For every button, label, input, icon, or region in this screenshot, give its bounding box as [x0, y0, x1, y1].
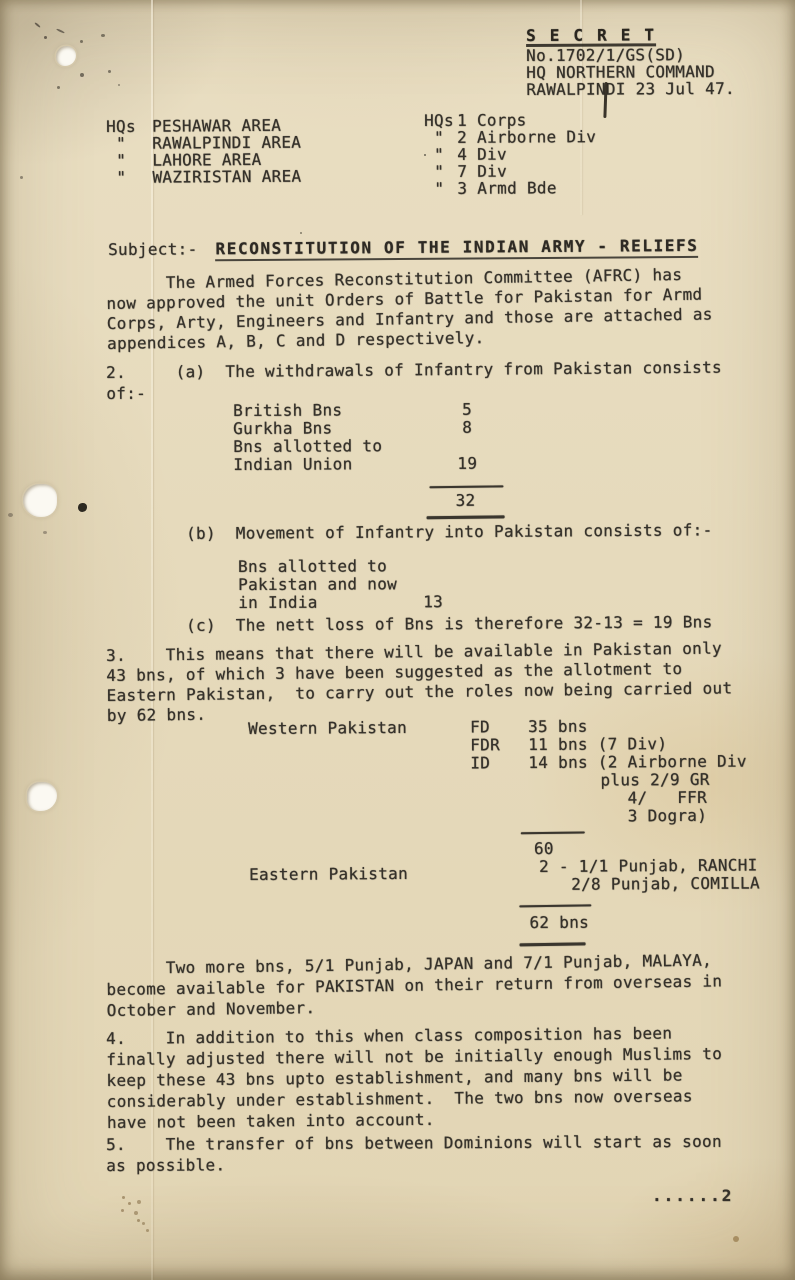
paragraph-2a-heading: 2. (a) The withdrawals of Infantry from …: [106, 357, 722, 404]
punch-hole: [27, 782, 57, 811]
stain-speck: [122, 1196, 125, 1199]
paragraph-overseas: Two more bns, 5/1 Punjab, JAPAN and 7/1 …: [106, 949, 723, 1021]
ink-speck: [80, 40, 83, 43]
force-value: 11 bns (7 Div): [528, 735, 667, 754]
eastern-pakistan-label: Eastern Pakistan: [249, 865, 408, 884]
ditto-mark: ": [424, 129, 457, 146]
scanned-document-page: S E C R E T No.1702/1/GS(SD) HQ NORTHERN…: [0, 0, 795, 1280]
forces-subtotal: 60: [534, 840, 554, 858]
ink-speck: [8, 513, 13, 517]
ink-speck: [108, 70, 111, 73]
force-code: FDR: [470, 736, 500, 754]
classification-marking: S E C R E T: [526, 26, 656, 47]
movement-table: Bns allotted to Pakistan and now in Indi…: [238, 557, 397, 612]
page-number: ......2: [652, 1186, 733, 1205]
addressee-name: WAZIRISTAN AREA: [152, 167, 301, 187]
ink-speck: [80, 73, 84, 77]
row-label: Bns allotted to Pakistan and now in Indi…: [238, 556, 397, 612]
withdrawals-table: British Bns5 Gurkha Bns8 Bns allotted to…: [233, 400, 524, 527]
force-note: 4/ FFR: [627, 789, 707, 808]
hq-prefix: HQs: [106, 118, 152, 135]
addressee-row: "2 Airborne Div: [424, 128, 596, 146]
stain-speck: [121, 1209, 124, 1212]
paragraph-2b-heading: (b) Movement of Infantry into Pakistan c…: [186, 520, 713, 544]
addressee-row: "7 Div: [424, 162, 596, 180]
table-row: Gurkha Bns8: [233, 418, 523, 438]
forces-table: Western Pakistan FD35 bns FDR11 bns (7 D…: [248, 716, 770, 960]
addressee-row: "3 Armd Bde: [424, 179, 596, 197]
stain-speck: [142, 1222, 145, 1225]
table-row: British Bns5: [233, 400, 523, 420]
eastern-entry: 2/8 Punjab, COMILLA: [571, 874, 760, 893]
row-value: 19: [445, 455, 489, 473]
addressee-row: "4 Div: [424, 145, 596, 163]
place-and-date: RAWALPINDI 23 Jul 47.: [526, 80, 735, 98]
ink-speck: [34, 22, 41, 28]
ink-blot: [78, 503, 87, 512]
ditto-mark: ": [106, 135, 152, 152]
force-code: FD: [470, 718, 490, 736]
stain-speck: [137, 1219, 140, 1222]
ink-speck: [101, 34, 105, 37]
ditto-mark: ": [424, 180, 457, 197]
ink-speck: [20, 176, 23, 179]
table-rule: [427, 515, 505, 519]
row-value: 13: [423, 593, 443, 611]
row-label: Indian Union: [233, 454, 352, 474]
table-rule: [429, 485, 503, 488]
ink-speck: [57, 86, 60, 89]
subject-line: Subject:-RECONSTITUTION OF THE INDIAN AR…: [108, 236, 699, 259]
ditto-mark: ": [106, 152, 152, 169]
ink-speck: [43, 531, 47, 534]
force-note: 3 Dogra): [628, 807, 708, 826]
stain-speck: [134, 1211, 138, 1215]
ink-speck: [118, 84, 120, 86]
force-value: 35 bns: [528, 718, 588, 736]
ditto-mark: ": [106, 169, 152, 186]
force-code: ID: [470, 754, 490, 772]
paragraph-4: 4. In addition to this when class compos…: [106, 1022, 723, 1133]
paragraph-2c: (c) The nett loss of Bns is therefore 32…: [186, 612, 713, 636]
row-label: Bns allotted to: [233, 436, 382, 456]
document-header: S E C R E T No.1702/1/GS(SD) HQ NORTHERN…: [526, 26, 735, 98]
ink-speck: [300, 232, 302, 234]
punch-hole: [23, 484, 57, 517]
forces-total: 62 bns: [529, 914, 589, 932]
row-value: 8: [445, 419, 489, 437]
ditto-mark: ": [424, 146, 457, 163]
stain-speck: [128, 1202, 131, 1205]
addressee-row: "WAZIRISTAN AREA: [106, 168, 301, 186]
table-rule: [520, 942, 586, 946]
subject-label: Subject:-: [108, 239, 198, 259]
distribution-list-right: HQs1 Corps "2 Airborne Div "4 Div "7 Div…: [424, 111, 597, 197]
table-rule: [519, 904, 591, 907]
punch-hole: [56, 46, 76, 66]
row-value: 5: [445, 401, 489, 419]
force-note: plus 2/9 GR: [600, 771, 709, 790]
table-row: Indian Union19: [233, 454, 523, 474]
subject-title: RECONSTITUTION OF THE INDIAN ARMY - RELI…: [215, 236, 698, 261]
ditto-mark: ": [424, 163, 457, 180]
paragraph-5: 5. The transfer of bns between Dominions…: [106, 1131, 722, 1176]
force-value: 14 bns (2 Airborne Div: [528, 753, 747, 773]
table-row: Bns allotted to: [233, 436, 523, 456]
paragraph-3: 3. This means that there will be availab…: [106, 638, 733, 726]
ink-speck: [56, 28, 65, 34]
ink-speck: [44, 36, 47, 39]
distribution-list-left: HQsPESHAWAR AREA "RAWALPINDI AREA "LAHOR…: [106, 117, 301, 186]
withdrawals-total: 32: [443, 492, 487, 510]
table-rule: [521, 831, 585, 834]
western-pakistan-label: Western Pakistan: [248, 719, 407, 738]
pen-mark: [603, 82, 607, 118]
stain-speck: [137, 1200, 141, 1204]
addressee-name: 3 Armd Bde: [457, 178, 556, 198]
row-label: Gurkha Bns: [233, 418, 332, 438]
addressee-row: "RAWALPINDI AREA: [106, 134, 301, 152]
row-label: British Bns: [233, 400, 342, 420]
hq-prefix: HQs: [424, 112, 457, 129]
stain-speck: [733, 1236, 739, 1242]
paragraph-1: The Armed Forces Reconstitution Committe…: [106, 264, 713, 354]
stain-speck: [146, 1229, 149, 1232]
